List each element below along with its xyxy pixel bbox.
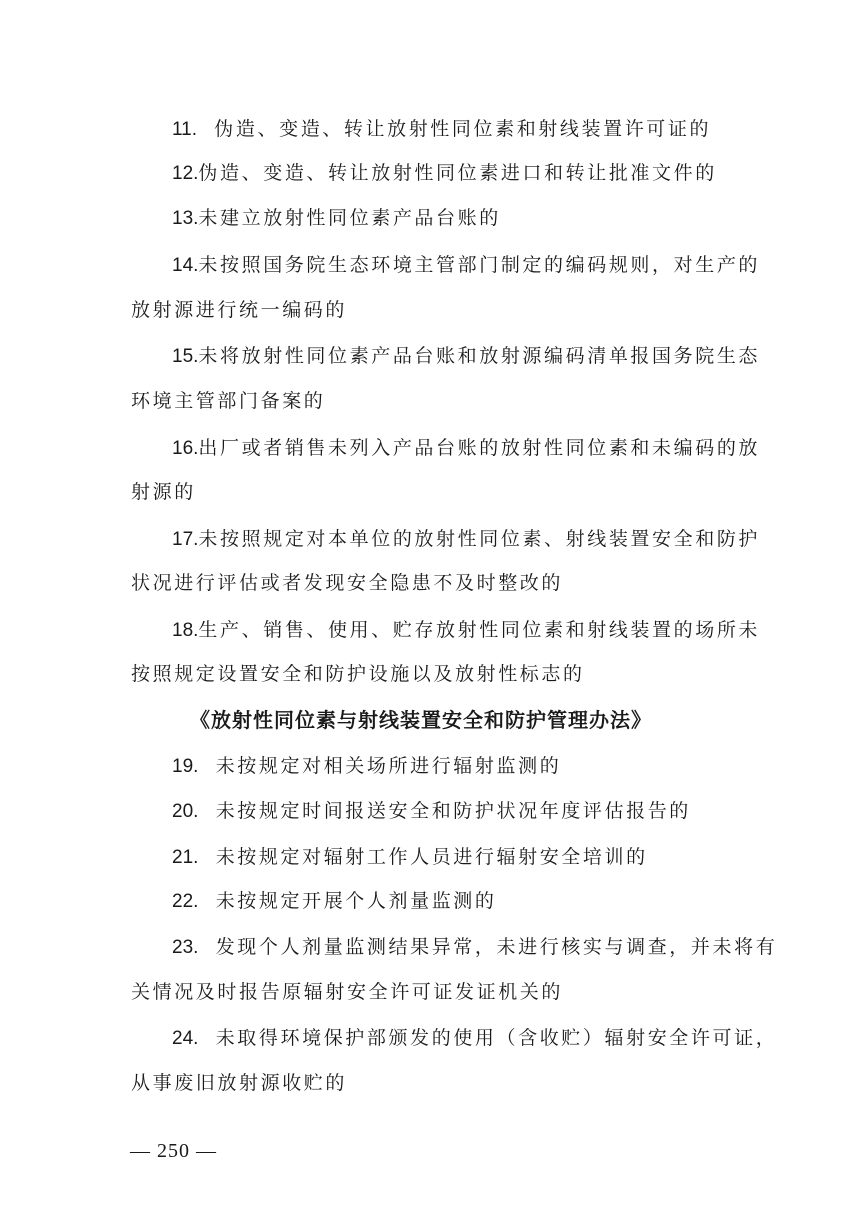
item-text: 未将放射性同位素产品台账和放射源编码清单报国务院生态 (198, 345, 760, 367)
item-number: 21. (172, 847, 198, 868)
item-number: 22. (172, 891, 198, 912)
item-number: 18. (172, 620, 198, 641)
list-item-16: 16.出厂或者销售未列入产品台账的放射性同位素和未编码的放 (172, 436, 760, 461)
list-item-12: 12.伪造、变造、转让放射性同位素进口和转让批准文件的 (172, 161, 717, 186)
list-item-14: 14.未按照国务院生态环境主管部门制定的编码规则，对生产的 (172, 253, 760, 278)
item-number: 20. (172, 801, 198, 822)
section-title: 《放射性同位素与射线装置安全和防护管理办法》 (190, 708, 652, 732)
list-item-21: 21. 未按规定对辐射工作人员进行辐射安全培训的 (172, 845, 648, 870)
item-text: 从事废旧放射源收贮的 (131, 1072, 347, 1094)
list-item-18: 18.生产、销售、使用、贮存放射性同位素和射线装置的场所未 (172, 618, 760, 643)
item-number: 14. (172, 255, 198, 276)
document-page: 11. 伪造、变造、转让放射性同位素和射线装置许可证的 12.伪造、变造、转让放… (0, 0, 868, 1227)
item-text: 环境主管部门备案的 (131, 390, 325, 412)
list-item-23-cont: 关情况及时报告原辐射安全许可证发证机关的 (131, 980, 563, 1004)
list-item-20: 20. 未按规定时间报送安全和防护状况年度评估报告的 (172, 799, 691, 824)
list-item-17: 17.未按照规定对本单位的放射性同位素、射线装置安全和防护 (172, 527, 760, 552)
item-text: 未按规定对辐射工作人员进行辐射安全培训的 (216, 846, 648, 868)
item-text: 发现个人剂量监测结果异常，未进行核实与调查，并未将有 (216, 936, 778, 958)
list-item-15: 15.未将放射性同位素产品台账和放射源编码清单报国务院生态 (172, 344, 760, 369)
item-text: 生产、销售、使用、贮存放射性同位素和射线装置的场所未 (198, 619, 760, 641)
item-text: 伪造、变造、转让放射性同位素和射线装置许可证的 (214, 118, 711, 140)
item-number: 24. (172, 1028, 198, 1049)
item-number: 15. (172, 346, 198, 367)
list-item-24: 24. 未取得环境保护部颁发的使用（含收贮）辐射安全许可证， (172, 1026, 777, 1051)
list-item-18-cont: 按照规定设置安全和防护设施以及放射性标志的 (131, 662, 585, 686)
item-number: 17. (172, 529, 198, 550)
item-number: 23. (172, 937, 198, 958)
item-text: 伪造、变造、转让放射性同位素进口和转让批准文件的 (198, 162, 716, 184)
list-item-11: 11. 伪造、变造、转让放射性同位素和射线装置许可证的 (172, 117, 711, 142)
item-text: 未按照规定对本单位的放射性同位素、射线装置安全和防护 (198, 528, 760, 550)
item-number: 19. (172, 756, 198, 777)
item-text: 未取得环境保护部颁发的使用（含收贮）辐射安全许可证， (216, 1027, 778, 1049)
list-item-16-cont: 射源的 (131, 480, 196, 504)
list-item-22: 22. 未按规定开展个人剂量监测的 (172, 889, 497, 914)
item-text: 按照规定设置安全和防护设施以及放射性标志的 (131, 663, 585, 685)
list-item-24-cont: 从事废旧放射源收贮的 (131, 1071, 347, 1095)
list-item-13: 13.未建立放射性同位素产品台账的 (172, 206, 501, 231)
item-text: 射源的 (131, 481, 196, 503)
list-item-15-cont: 环境主管部门备案的 (131, 389, 325, 413)
list-item-17-cont: 状况进行评估或者发现安全隐患不及时整改的 (131, 571, 563, 595)
item-text: 未按规定开展个人剂量监测的 (216, 890, 497, 912)
list-item-23: 23. 发现个人剂量监测结果异常，未进行核实与调查，并未将有 (172, 935, 777, 960)
item-text: 关情况及时报告原辐射安全许可证发证机关的 (131, 981, 563, 1003)
list-item-14-cont: 放射源进行统一编码的 (131, 298, 347, 322)
item-text: 未按照国务院生态环境主管部门制定的编码规则，对生产的 (198, 254, 760, 276)
item-text: 未按规定对相关场所进行辐射监测的 (216, 755, 562, 777)
item-text: 放射源进行统一编码的 (131, 299, 347, 321)
item-number: 13. (172, 208, 198, 229)
item-number: 16. (172, 438, 198, 459)
item-text: 未建立放射性同位素产品台账的 (198, 207, 500, 229)
item-text: 未按规定时间报送安全和防护状况年度评估报告的 (216, 800, 691, 822)
item-text: 出厂或者销售未列入产品台账的放射性同位素和未编码的放 (198, 437, 760, 459)
list-item-19: 19. 未按规定对相关场所进行辐射监测的 (172, 754, 561, 779)
item-text: 状况进行评估或者发现安全隐患不及时整改的 (131, 572, 563, 594)
page-number: — 250 — (130, 1140, 217, 1163)
item-number: 12. (172, 163, 198, 184)
item-number: 11. (172, 119, 197, 140)
